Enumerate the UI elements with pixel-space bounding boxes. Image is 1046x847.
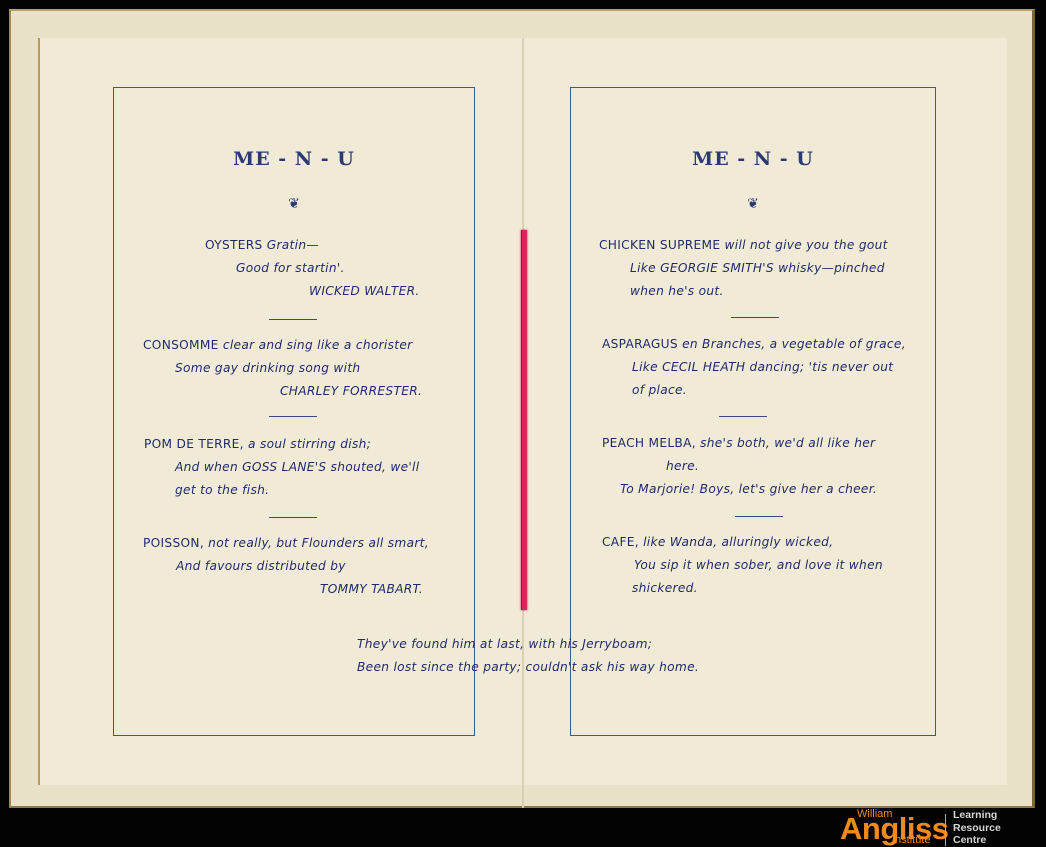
left-page-title: ME - N - U [114, 148, 474, 170]
binding-ribbon [521, 230, 527, 610]
logo-separator [945, 814, 946, 846]
menu-line: CONSOMME clear and sing like a chorister [143, 338, 412, 352]
menu-line: You sip it when sober, and love it when [634, 558, 883, 572]
right-page-title: ME - N - U [571, 148, 935, 170]
lrc-line: Learning [953, 809, 1001, 822]
menu-line-credit: TOMMY TABART. [320, 582, 423, 596]
lrc-line: Centre [953, 834, 1001, 847]
menu-line: Good for startin'. [236, 261, 345, 275]
divider [269, 416, 317, 417]
menu-line: get to the fish. [175, 483, 269, 497]
menu-line: PEACH MELBA, she's both, we'd all like h… [602, 436, 875, 450]
menu-line: And favours distributed by [176, 559, 346, 573]
menu-line: Like GEORGIE SMITH'S whisky—pinched [630, 261, 885, 275]
footer-verse-line-1: They've found him at last, with his Jerr… [357, 637, 652, 651]
divider [731, 317, 779, 318]
divider [269, 517, 317, 518]
menu-line-credit: CHARLEY FORRESTER. [280, 384, 422, 398]
menu-line: POISSON, not really, but Flounders all s… [143, 536, 429, 550]
menu-line: here. [666, 459, 699, 473]
logo-institute: Institute [892, 834, 931, 846]
divider [269, 319, 317, 320]
angliss-logo: William Angliss Institute Learning Resou… [840, 808, 1046, 847]
menu-line: when he's out. [630, 284, 724, 298]
menu-line: CHICKEN SUPREME will not give you the go… [599, 238, 888, 252]
menu-line: And when GOSS LANE'S shouted, we'll [175, 460, 419, 474]
menu-line: Some gay drinking song with [175, 361, 360, 375]
lrc-line: Resource [953, 822, 1001, 835]
menu-line: shickered. [632, 581, 698, 595]
fleuron-icon: ❦ [114, 196, 474, 212]
menu-line: of place. [632, 383, 687, 397]
divider [719, 416, 767, 417]
logo-lrc: Learning Resource Centre [953, 809, 1001, 847]
menu-line-credit: WICKED WALTER. [309, 284, 420, 298]
divider [735, 516, 783, 517]
menu-line: CAFE, like Wanda, alluringly wicked, [602, 535, 833, 549]
menu-line: Like CECIL HEATH dancing; 'tis never out [632, 360, 893, 374]
menu-line: ASPARAGUS en Branches, a vegetable of gr… [602, 337, 906, 351]
fleuron-icon: ❦ [571, 196, 935, 212]
footer-verse-line-2: Been lost since the party; couldn't ask … [357, 660, 699, 674]
menu-line: OYSTERS Gratin— [205, 238, 319, 252]
menu-line: To Marjorie! Boys, let's give her a chee… [620, 482, 877, 496]
menu-line: POM DE TERRE, a soul stirring dish; [144, 437, 371, 451]
